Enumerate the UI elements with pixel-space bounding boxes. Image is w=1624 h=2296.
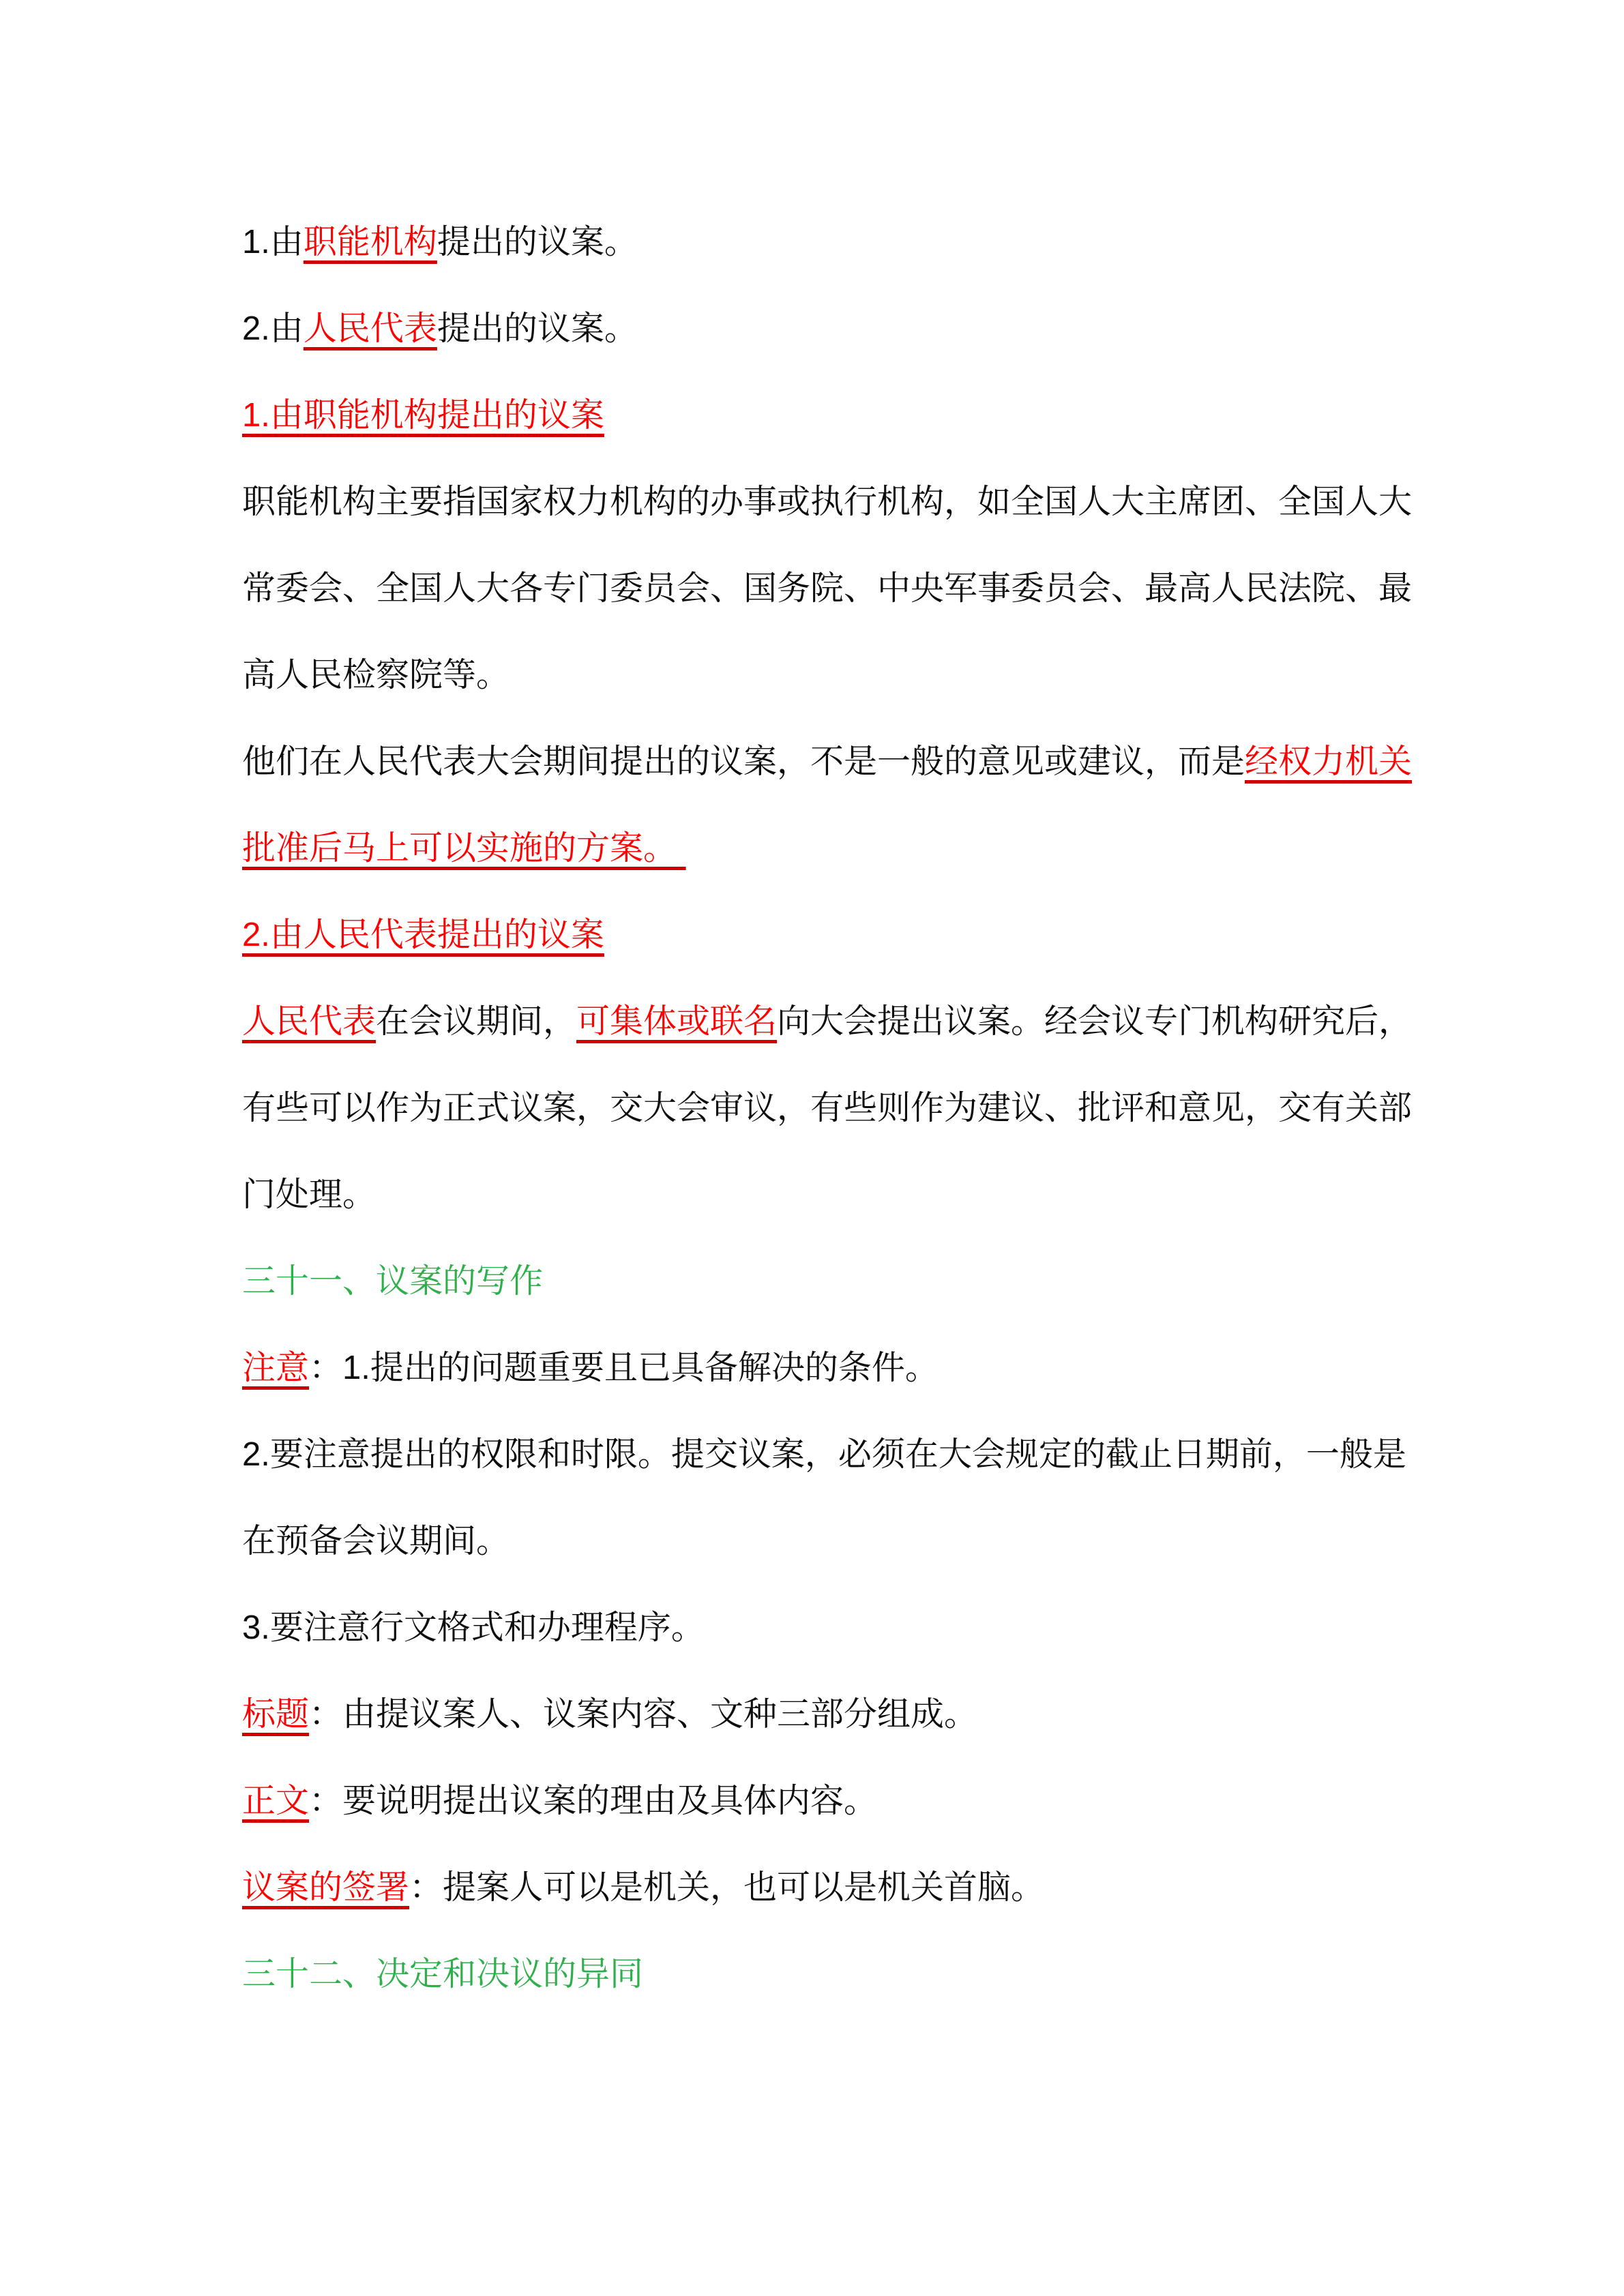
body-text: 提出的议案。 [437, 224, 638, 260]
body-text: 他们在人民代表大会期间提出的议案，不是一般的意见或建议，而是 [242, 743, 1245, 780]
paragraph-line: 议案的签署：提案人可以是机关，也可以是机关首脑。 [242, 1845, 1429, 1931]
body-text: ：1.提出的问题重要且已具备解决的条件。 [309, 1350, 939, 1386]
body-text: 3.要注意行文格式和办理程序。 [242, 1609, 705, 1646]
highlighted-underlined-text: 2.由人民代表提出的议案 [242, 916, 604, 953]
paragraph-line: 批准后马上可以实施的方案。 [242, 805, 1429, 892]
body-text: 1.由 [242, 224, 304, 260]
paragraph-line: 常委会、全国人大各专门委员会、国务院、中央军事委员会、最高人民法院、最 [242, 546, 1429, 632]
paragraph-line: 标题：由提议案人、议案内容、文种三部分组成。 [242, 1671, 1429, 1758]
body-text: 门处理。 [242, 1176, 376, 1213]
body-text: ：由提议案人、议案内容、文种三部分组成。 [309, 1696, 977, 1733]
body-text: 在预备会议期间。 [242, 1523, 510, 1560]
list-item-1: 1.由职能机构提出的议案。 [242, 199, 1429, 286]
body-text: ：要说明提出议案的理由及具体内容。 [309, 1783, 877, 1819]
highlighted-underlined-text: 职能机构 [304, 224, 437, 260]
green-heading-section-31: 三十一、议案的写作 [242, 1238, 1429, 1325]
body-text: 2.要注意提出的权限和时限。提交议案，必须在大会规定的截止日期前，一般是 [242, 1436, 1406, 1473]
highlighted-underlined-text: 1.由职能机构提出的议案 [242, 397, 604, 434]
highlighted-underlined-text: 标题 [242, 1696, 309, 1733]
body-text: 2.由 [242, 310, 304, 347]
highlighted-underlined-text: 可集体或联名 [576, 1003, 777, 1040]
body-text: 职能机构主要指国家权力机构的办事或执行机构，如全国人大主席团、全国人大 [242, 483, 1412, 520]
red-heading-people-representatives: 2.由人民代表提出的议案 [242, 892, 1429, 979]
body-text: 有些可以作为正式议案，交大会审议，有些则作为建议、批评和意见，交有关部 [242, 1090, 1412, 1127]
highlighted-underlined-text: 人民代表 [304, 310, 437, 347]
paragraph-line: 高人民检察院等。 [242, 632, 1429, 719]
list-item-2: 2.由人民代表提出的议案。 [242, 286, 1429, 372]
body-text: 向大会提出议案。经会议专门机构研究后， [777, 1003, 1412, 1040]
section-heading-text: 三十二、决定和决议的异同 [242, 1956, 643, 1993]
paragraph-line: 在预备会议期间。 [242, 1498, 1429, 1585]
paragraph-line: 人民代表在会议期间，可集体或联名向大会提出议案。经会议专门机构研究后， [242, 979, 1429, 1065]
highlighted-underlined-text: 注意 [242, 1350, 309, 1386]
highlighted-underlined-text: 经权力机关 [1245, 743, 1412, 780]
paragraph-line: 他们在人民代表大会期间提出的议案，不是一般的意见或建议，而是经权力机关 [242, 719, 1429, 805]
highlighted-underlined-text: 正文 [242, 1783, 309, 1819]
body-text: 在会议期间， [376, 1003, 576, 1040]
document-page: 1.由职能机构提出的议案。2.由人民代表提出的议案。1.由职能机构提出的议案职能… [0, 0, 1624, 2296]
paragraph-line: 正文：要说明提出议案的理由及具体内容。 [242, 1758, 1429, 1845]
body-text: 常委会、全国人大各专门委员会、国务院、中央军事委员会、最高人民法院、最 [242, 570, 1412, 607]
body-text: 高人民检察院等。 [242, 657, 510, 694]
highlighted-underlined-text: 批准后马上可以实施的方案。 [242, 830, 686, 867]
paragraph-line: 2.要注意提出的权限和时限。提交议案，必须在大会规定的截止日期前，一般是 [242, 1412, 1429, 1498]
paragraph-line: 有些可以作为正式议案，交大会审议，有些则作为建议、批评和意见，交有关部 [242, 1065, 1429, 1152]
paragraph-line: 门处理。 [242, 1152, 1429, 1238]
body-text: ：提案人可以是机关，也可以是机关首脑。 [409, 1869, 1044, 1906]
red-heading-functional-organs: 1.由职能机构提出的议案 [242, 372, 1429, 459]
highlighted-underlined-text: 议案的签署 [242, 1869, 409, 1906]
highlighted-underlined-text: 人民代表 [242, 1003, 376, 1040]
green-heading-section-32: 三十二、决定和决议的异同 [242, 1931, 1429, 2018]
section-heading-text: 三十一、议案的写作 [242, 1263, 543, 1300]
body-text: 提出的议案。 [437, 310, 638, 347]
paragraph-line: 职能机构主要指国家权力机构的办事或执行机构，如全国人大主席团、全国人大 [242, 459, 1429, 546]
paragraph-line: 3.要注意行文格式和办理程序。 [242, 1585, 1429, 1671]
paragraph-line: 注意：1.提出的问题重要且已具备解决的条件。 [242, 1325, 1429, 1412]
document-content: 1.由职能机构提出的议案。2.由人民代表提出的议案。1.由职能机构提出的议案职能… [242, 199, 1429, 2018]
